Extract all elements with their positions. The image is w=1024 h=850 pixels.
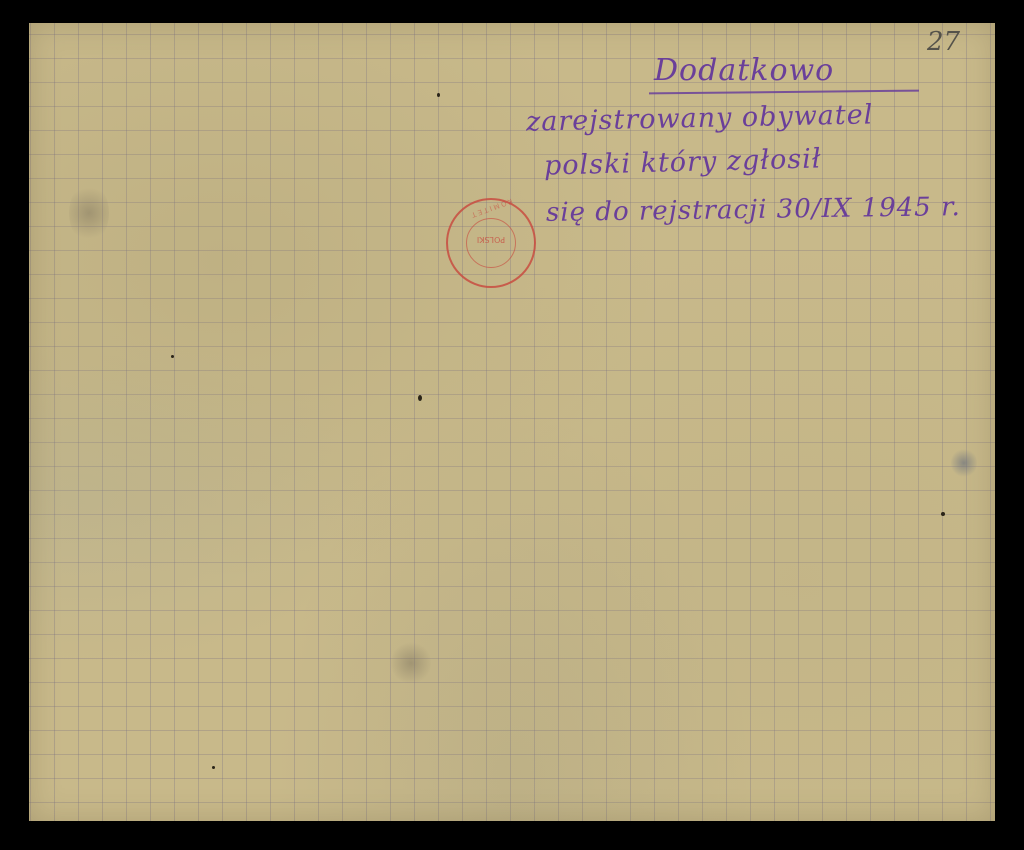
ink-speck: [171, 355, 174, 358]
ink-speck: [212, 766, 215, 769]
scanned-document: 27 Dodatkowo zarejstrowany obywatel pols…: [0, 0, 1024, 850]
red-circular-stamp: KOMITET POLSKI: [446, 198, 536, 288]
handwritten-line-3: się do rejstracji 30/IX 1945 r.: [546, 192, 961, 228]
dirt-smudge: [69, 183, 109, 243]
dirt-smudge: [391, 641, 431, 685]
ink-speck: [418, 395, 422, 401]
stamp-center-text: POLSKI: [448, 235, 534, 244]
ink-speck: [437, 93, 440, 97]
heading-underline: [649, 90, 919, 95]
ink-speck: [941, 512, 945, 516]
heading-text: Dodatkowo: [654, 53, 834, 88]
page-number: 27: [927, 27, 960, 57]
handwritten-line-2: polski który zgłosił: [544, 143, 822, 181]
ink-smudge: [951, 448, 977, 478]
handwritten-line-1: zarejstrowany obywatel: [526, 99, 874, 137]
graph-paper-sheet: 27 Dodatkowo zarejstrowany obywatel pols…: [29, 23, 995, 821]
